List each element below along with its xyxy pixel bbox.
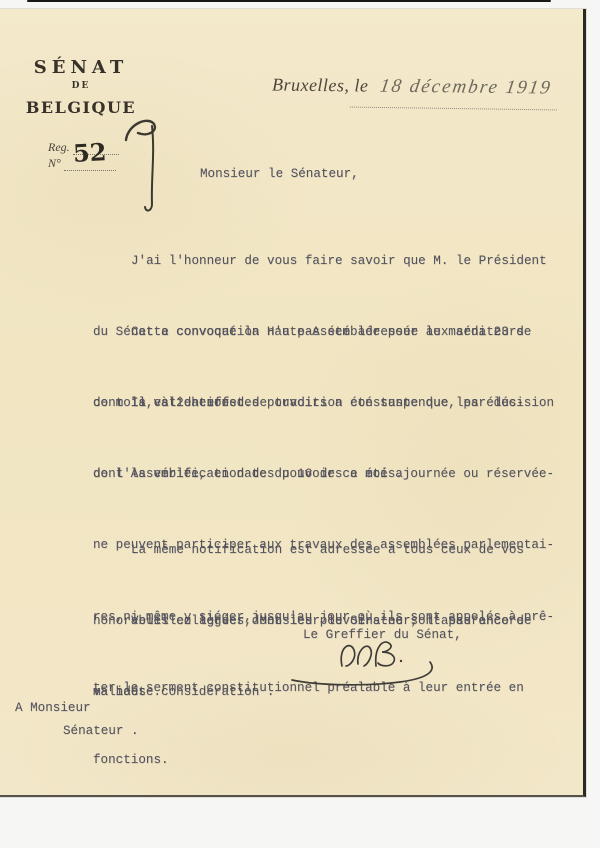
paragraph-line: J'ai l'honneur de vous faire savoir que … bbox=[93, 250, 573, 274]
letterhead: SÉNAT DE BELGIQUE bbox=[8, 57, 154, 117]
reg-label: Reg. bbox=[48, 140, 70, 155]
scan-top-edge-line bbox=[27, 0, 551, 2]
salutation: Monsieur le Sénateur, bbox=[200, 163, 359, 187]
registry-number: 52 bbox=[72, 137, 107, 168]
letterhead-de: DE bbox=[8, 81, 154, 91]
letterhead-senat: SÉNAT bbox=[8, 57, 154, 78]
date-dotted-underline bbox=[350, 91, 557, 111]
paragraph-line: dont la vérification des pouvoirs a été … bbox=[93, 463, 573, 487]
num-label: N° bbox=[48, 156, 61, 171]
scanned-letter: SÉNAT DE BELGIQUE Reg. N° 52 Bruxelles, … bbox=[0, 0, 600, 848]
signature-icon bbox=[280, 636, 450, 698]
recipient-line-2: Sénateur . bbox=[63, 720, 139, 744]
paragraph-line: Il est en effet de tradition constante q… bbox=[93, 392, 573, 416]
paragraph-line: La même notification est adressée à tous… bbox=[93, 539, 573, 563]
recipient-line-1: A Monsieur bbox=[15, 697, 91, 721]
paragraph-line: Cette convocation n'a pas été adressée a… bbox=[93, 321, 573, 345]
